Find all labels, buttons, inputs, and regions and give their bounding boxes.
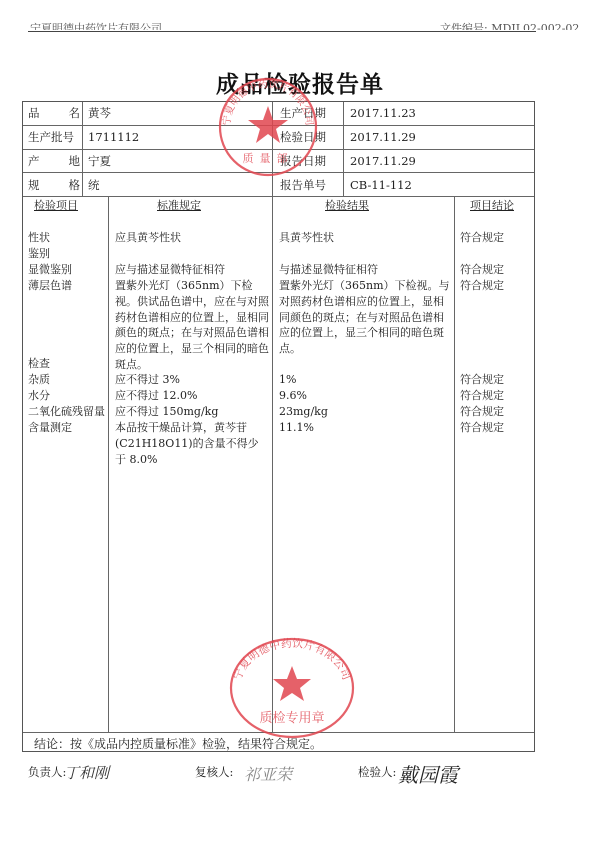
inspector-label: 检验人: (358, 764, 396, 780)
origin-label: 产地 (28, 153, 80, 169)
column-header-item: 检验项目 (34, 198, 78, 214)
reviewer-label: 复核人: (195, 764, 233, 780)
inspection-date-value: 2017.11.29 (350, 129, 416, 145)
column-header-result: 检验结果 (325, 198, 369, 214)
inspector-signature: 戴园霞 (398, 759, 458, 788)
spec-label: 规格 (28, 177, 80, 193)
spec-value: 统 (88, 177, 100, 193)
report-date-label: 报告日期 (280, 153, 326, 169)
company-header: 宁夏明德中药饮片有限公司 (30, 16, 162, 30)
overall-conclusion: 结论：按《成品内控质量标准》检验，结果符合规定。 (34, 736, 322, 752)
product-name-value: 黄芩 (88, 105, 111, 121)
inspection-date-label: 检验日期 (280, 129, 326, 145)
page-title: 成品检验报告单 (0, 66, 600, 99)
responsible-label: 负责人: (28, 764, 66, 780)
document-number: 文件编号: MDJL02-002-02 (440, 16, 579, 30)
responsible-signature: 丁和刚 (64, 762, 109, 783)
report-number-value: CB-11-112 (350, 177, 412, 193)
batch-value: 1711112 (88, 129, 139, 145)
reviewer-signature: 祁亚荣 (244, 762, 292, 785)
production-date-value: 2017.11.23 (350, 105, 416, 121)
report-number-label: 报告单号 (280, 177, 326, 193)
production-date-label: 生产日期 (280, 105, 326, 121)
header-rule (28, 31, 536, 32)
origin-value: 宁夏 (88, 153, 111, 169)
batch-label: 生产批号 (28, 129, 74, 145)
product-name-label: 品名 (28, 105, 80, 121)
column-header-standard: 标准规定 (157, 198, 201, 214)
column-header-conclusion: 项目结论 (470, 198, 514, 214)
report-date-value: 2017.11.29 (350, 153, 416, 169)
